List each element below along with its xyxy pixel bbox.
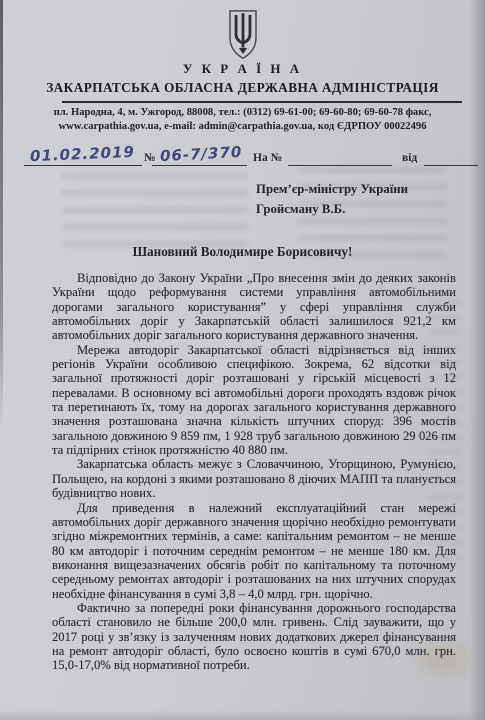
reply-to-label: На №	[253, 152, 282, 164]
letter-body: Відповідно до Закону України „Про внесен…	[52, 271, 456, 673]
body-paragraph: Фактично за попередні роки фінансування …	[52, 601, 456, 673]
ukraine-trident-icon	[224, 9, 262, 66]
addressee-block: Прем’єр-міністру України Гройсману В.Б.	[256, 180, 408, 219]
scan-edge-bottom	[0, 710, 485, 720]
number-label: №	[144, 152, 156, 164]
handwritten-number: 06-7/370	[160, 143, 243, 165]
addressee-name: Гройсману В.Б.	[256, 200, 408, 220]
letterhead-divider	[62, 101, 462, 103]
from-date-blank	[424, 165, 478, 166]
body-paragraph: Для приведення в належний експлуатаційни…	[52, 501, 456, 601]
reply-number-blank	[288, 165, 392, 166]
salutation: Шановний Володимире Борисовичу!	[0, 244, 485, 260]
scanned-letter-page: У К Р А Ї Н А ЗАКАРПАТСЬКА ОБЛАСНА ДЕРЖА…	[0, 0, 485, 720]
body-paragraph: Закарпатська область межує з Словаччиною…	[52, 457, 456, 500]
body-paragraph: Відповідно до Закону України „Про внесен…	[52, 271, 456, 343]
handwritten-date: 01.02.2019	[30, 143, 136, 166]
country-name: У К Р А Ї Н А	[0, 61, 485, 77]
body-paragraph: Мережа автодоріг Закарпатської області в…	[52, 343, 456, 458]
from-date-label: від	[402, 152, 417, 164]
scan-edge-right	[470, 0, 485, 720]
addressee-title: Прем’єр-міністру України	[256, 180, 408, 200]
bleedthrough-text-left	[62, 173, 248, 251]
contact-address-line: пл. Народна, 4, м. Ужгород, 88008, тел.:…	[25, 106, 460, 120]
number-underline	[152, 165, 247, 166]
contact-web-line: www.carpathia.gov.ua, e-mail: admin@carp…	[25, 120, 460, 134]
letterhead-contacts: пл. Народна, 4, м. Ужгород, 88008, тел.:…	[25, 106, 460, 133]
date-underline	[24, 165, 142, 166]
reference-line: 01.02.2019 № 06-7/370 На № від	[0, 140, 485, 172]
organization-name: ЗАКАРПАТСЬКА ОБЛАСНА ДЕРЖАВНА АДМІНІСТРА…	[0, 80, 485, 96]
